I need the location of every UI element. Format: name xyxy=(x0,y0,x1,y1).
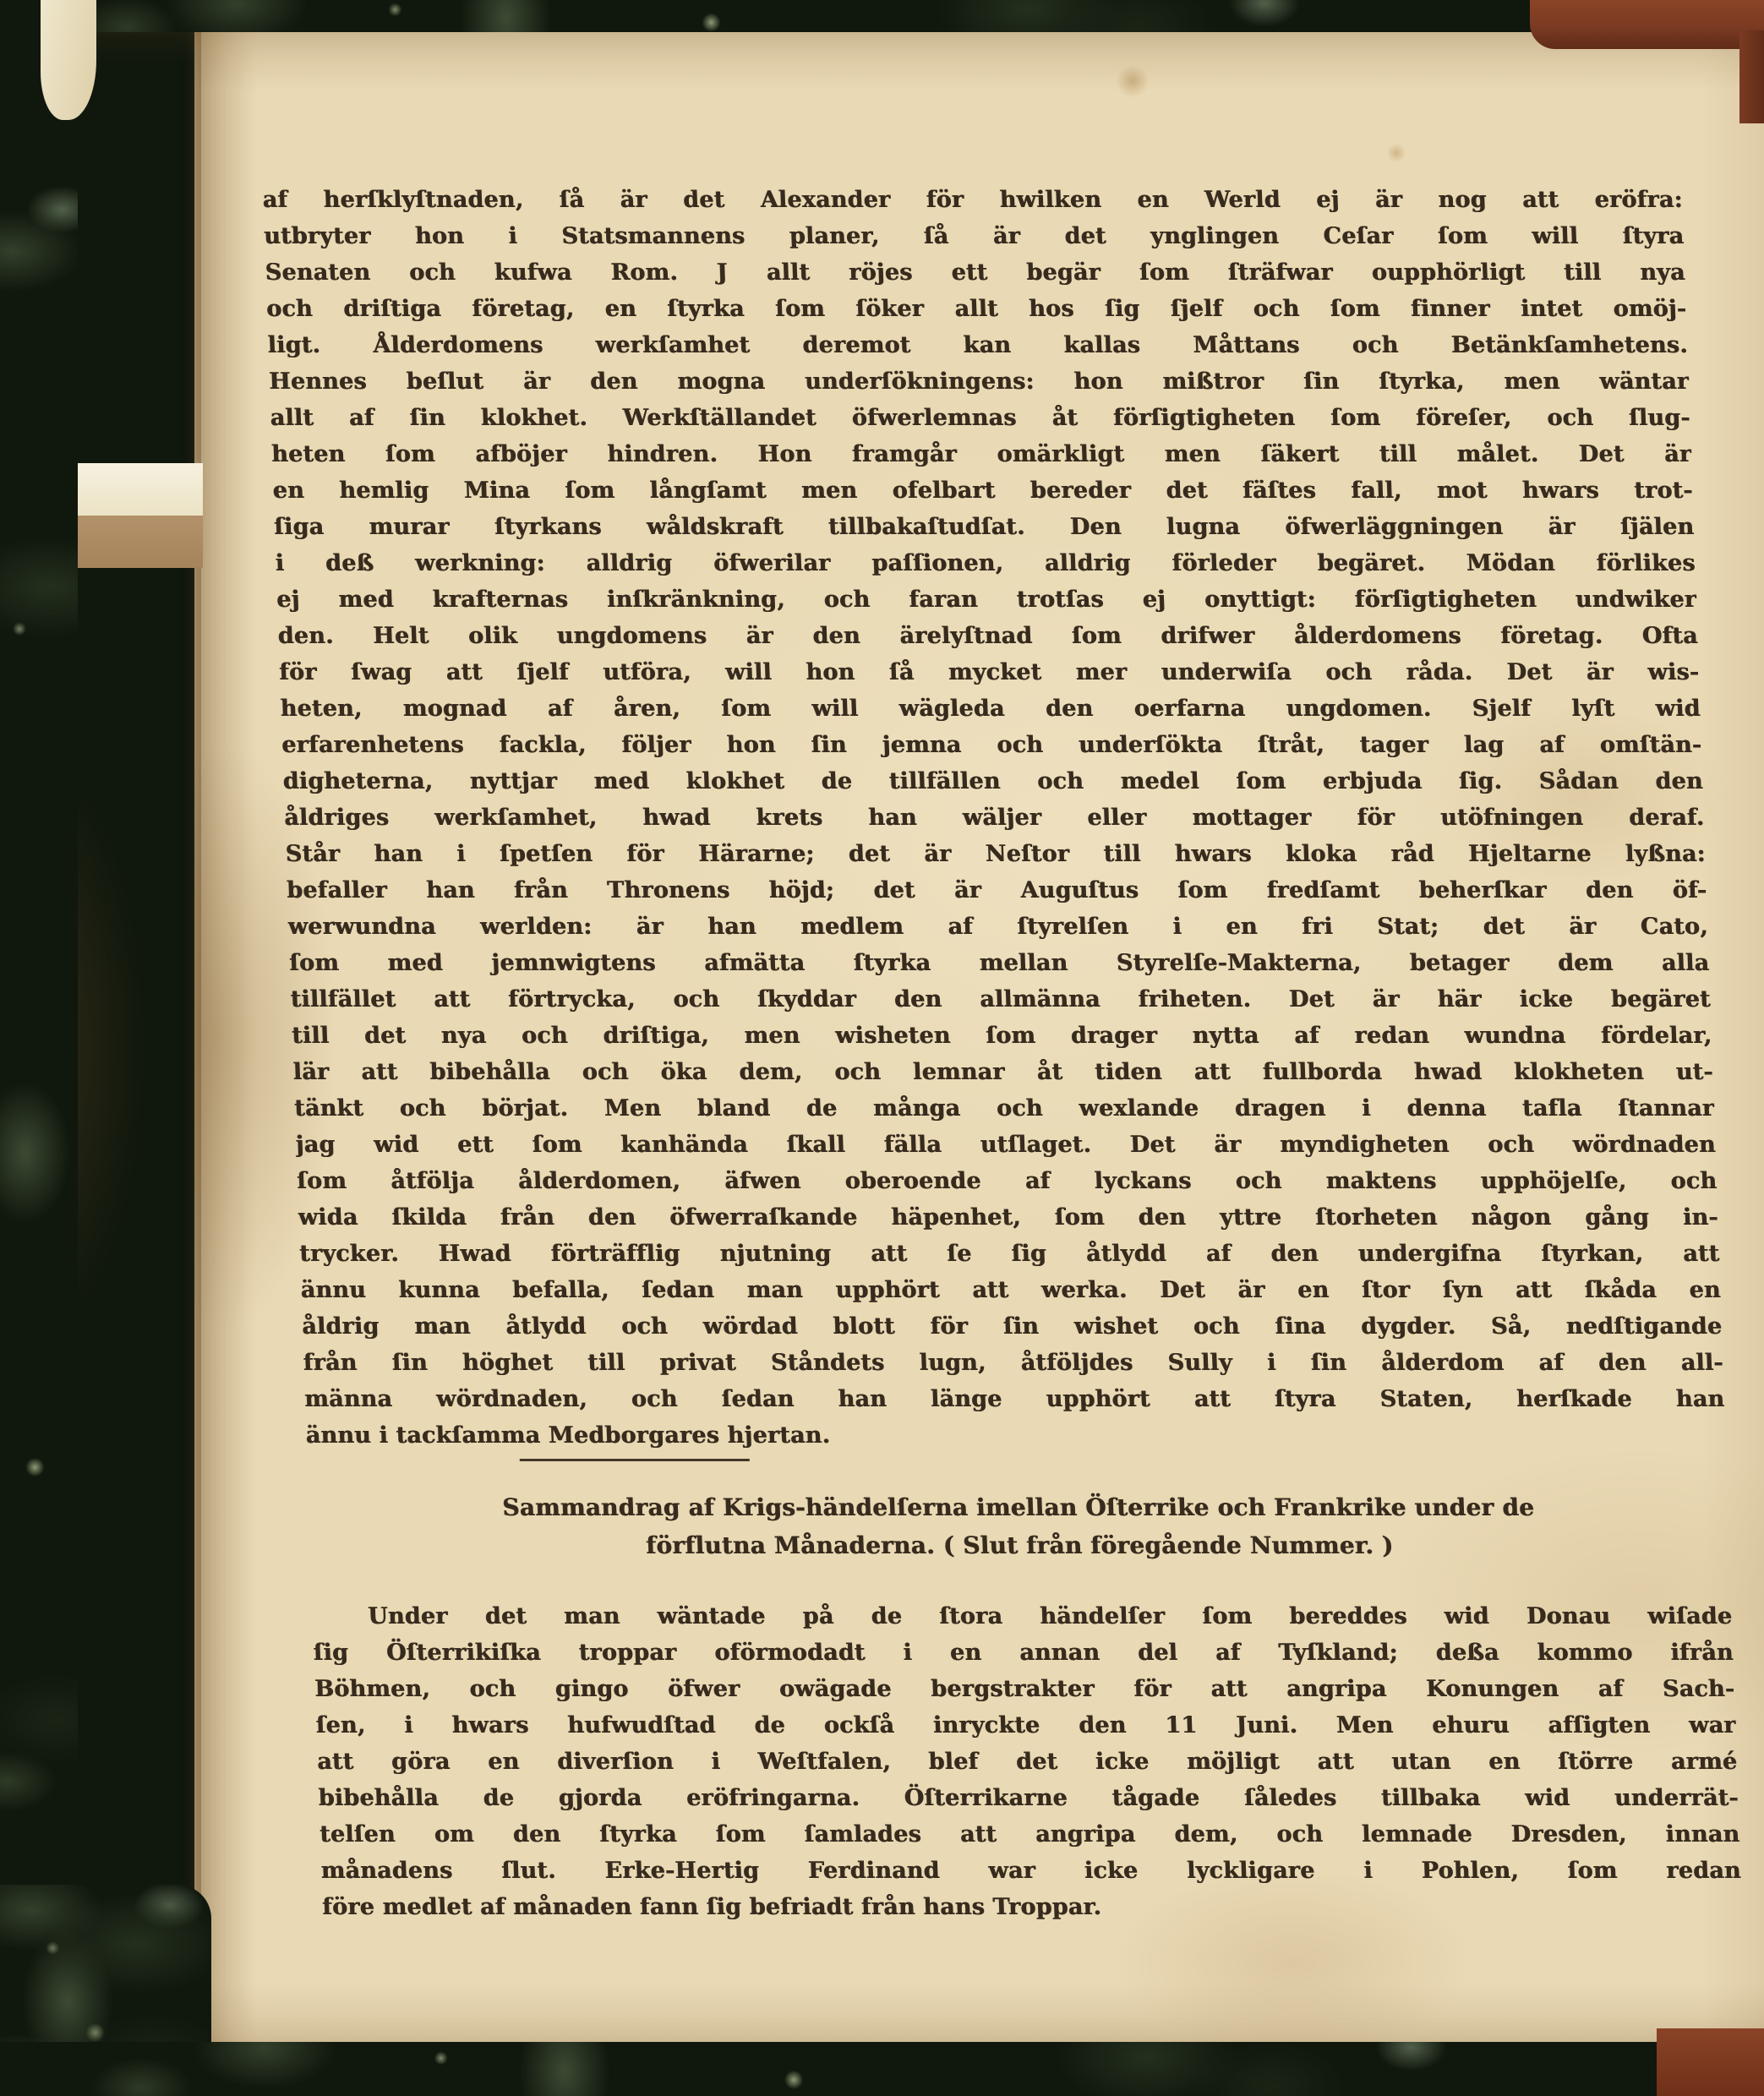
text-line: heten ſom afböjer hindren. Hon framgår o… xyxy=(271,436,1693,472)
text-line: till det nya och driſtiga, men wisheten … xyxy=(292,1018,1713,1054)
text-line: tänkt och börjat. Men bland de många och… xyxy=(294,1090,1716,1127)
text-line: af herſklyſtnaden, ſå är det Alexander f… xyxy=(262,182,1684,218)
text-line: ſom åtfölja ålderdomen, äfwen oberoende … xyxy=(297,1163,1718,1199)
text-line: ej med krafternas inſkränkning, och fara… xyxy=(276,581,1698,618)
text-line: ſen, i hwars hufwudſtad de ockſå inryckt… xyxy=(315,1707,1737,1744)
text-line: befaller han från Thronens höjd; det är … xyxy=(287,872,1708,909)
text-line: heten, mognad af åren, ſom will wägleda … xyxy=(280,690,1701,727)
protruding-page-edge xyxy=(74,463,203,516)
text-line: erfarenhetens fackla, följer hon ſin jem… xyxy=(281,727,1703,763)
text-line: Under det man wäntade på de ſtora händel… xyxy=(312,1598,1734,1635)
text-line: i deß werkning: alldrig öfwerilar paſſio… xyxy=(275,545,1696,581)
text-line: ſom med jemnwigtens afmätta ſtyrka mella… xyxy=(289,945,1711,981)
text-line: wida ſkilda från den öfwerraſkande häpen… xyxy=(298,1199,1719,1236)
text-line: ligt. Ålderdomens werkſamhet deremot kan… xyxy=(267,327,1689,363)
text-line: ännu kunna befalla, ſedan man upphört at… xyxy=(300,1272,1722,1308)
text-line: lär att bibehålla och öka dem, och lemna… xyxy=(292,1054,1714,1090)
marbled-cover-top xyxy=(0,0,1581,32)
text-line: ännu i tackſamma Medborgares hjertan. xyxy=(305,1417,1727,1454)
text-line: en hemlig Mina ſom långſamt men ofelbart… xyxy=(272,472,1694,509)
text-line: trycker. Hwad förträfflig njutning att ſ… xyxy=(299,1236,1721,1272)
text-line: från ſin höghet till privat Ståndets lug… xyxy=(303,1345,1724,1381)
text-line: och driſtiga företag, en ſtyrka ſom ſöke… xyxy=(266,291,1688,327)
paragraph-end-rule xyxy=(520,1459,750,1461)
torn-paper-scrap-top-left xyxy=(41,0,96,120)
text-line: att göra en diverſion i Weſtfalen, blef … xyxy=(317,1744,1739,1780)
text-line: före medlet af månaden fann ſig befriadt… xyxy=(322,1889,1744,1925)
text-line: förflutna Månaderna. ( Slut från föregåe… xyxy=(309,1526,1731,1564)
text-line: Senaten och kufwa Rom. J allt röjes ett … xyxy=(265,254,1686,291)
text-line: ſiga murar ſtyrkans wåldskraft tillbakaſ… xyxy=(274,509,1696,545)
text-line: allt af ſin klokhet. Werkſtällandet öfwe… xyxy=(270,400,1691,436)
paragraph-essay-alderdomen: af herſklyſtnaden, ſå är det Alexander f… xyxy=(262,182,1727,1454)
text-line: männa wördnaden, och ſedan han länge upp… xyxy=(304,1381,1726,1417)
text-line: digheterna, nyttjar med klokhet de tillf… xyxy=(282,763,1704,800)
text-line: för ſwag att ſjelf utföra, will hon ſå m… xyxy=(279,654,1701,690)
page-text-block: af herſklyſtnaden, ſå är det Alexander f… xyxy=(262,182,1743,1925)
marbled-cover-bottom xyxy=(0,2042,1764,2096)
leather-edge-right xyxy=(1739,30,1764,123)
text-line: Böhmen, och gingo öfwer owägade bergstra… xyxy=(314,1671,1736,1707)
text-line: åldrig man åtlydd och wördad blott för ſ… xyxy=(302,1308,1723,1345)
marbled-cover-left xyxy=(0,0,78,2096)
text-line: bibehålla de gjorda eröfringarna. Öſterr… xyxy=(318,1780,1739,1816)
text-line: Hennes beſlut är den mogna underſökninge… xyxy=(269,363,1690,400)
paragraph-krigssammandrag: Under det man wäntade på de ſtora händel… xyxy=(312,1598,1744,1925)
page-fore-edges xyxy=(74,30,201,1966)
text-line: jag wid ett ſom kanhända ſkall fälla utſ… xyxy=(295,1127,1717,1163)
text-line: Sammandrag af Krigs-händelſerna imellan … xyxy=(308,1488,1729,1526)
text-line: utbryter hon i Statsmannens planer, ſå ä… xyxy=(264,218,1685,254)
text-line: åldriges werkſamhet, hwad krets han wälj… xyxy=(284,800,1706,836)
text-line: Står han i ſpetſen för Härarne; det är N… xyxy=(285,836,1707,872)
text-line: telſen om den ſtyrka ſom ſamlades att an… xyxy=(319,1816,1741,1853)
page-edge-tan-notch xyxy=(74,516,203,568)
leather-corner-bottom-right xyxy=(1657,2028,1764,2096)
text-line: werwundna werlden: är han medlem af ſtyr… xyxy=(287,909,1709,945)
text-line: den. Helt olik ungdomens är den ärelyſtn… xyxy=(277,618,1699,654)
text-line: ſig Öſterrikiſka troppar oförmodadt i en… xyxy=(313,1635,1734,1671)
section-heading-krigshandelser: Sammandrag af Krigs-händelſerna imellan … xyxy=(308,1488,1730,1564)
text-line: månadens ſlut. Erke-Hertig Ferdinand war… xyxy=(320,1853,1742,1889)
book-page: af herſklyſtnaden, ſå är det Alexander f… xyxy=(194,30,1764,2044)
leather-corner-top-right xyxy=(1530,0,1764,49)
text-line: tillfället att förtrycka, och ſkyddar de… xyxy=(290,981,1712,1018)
